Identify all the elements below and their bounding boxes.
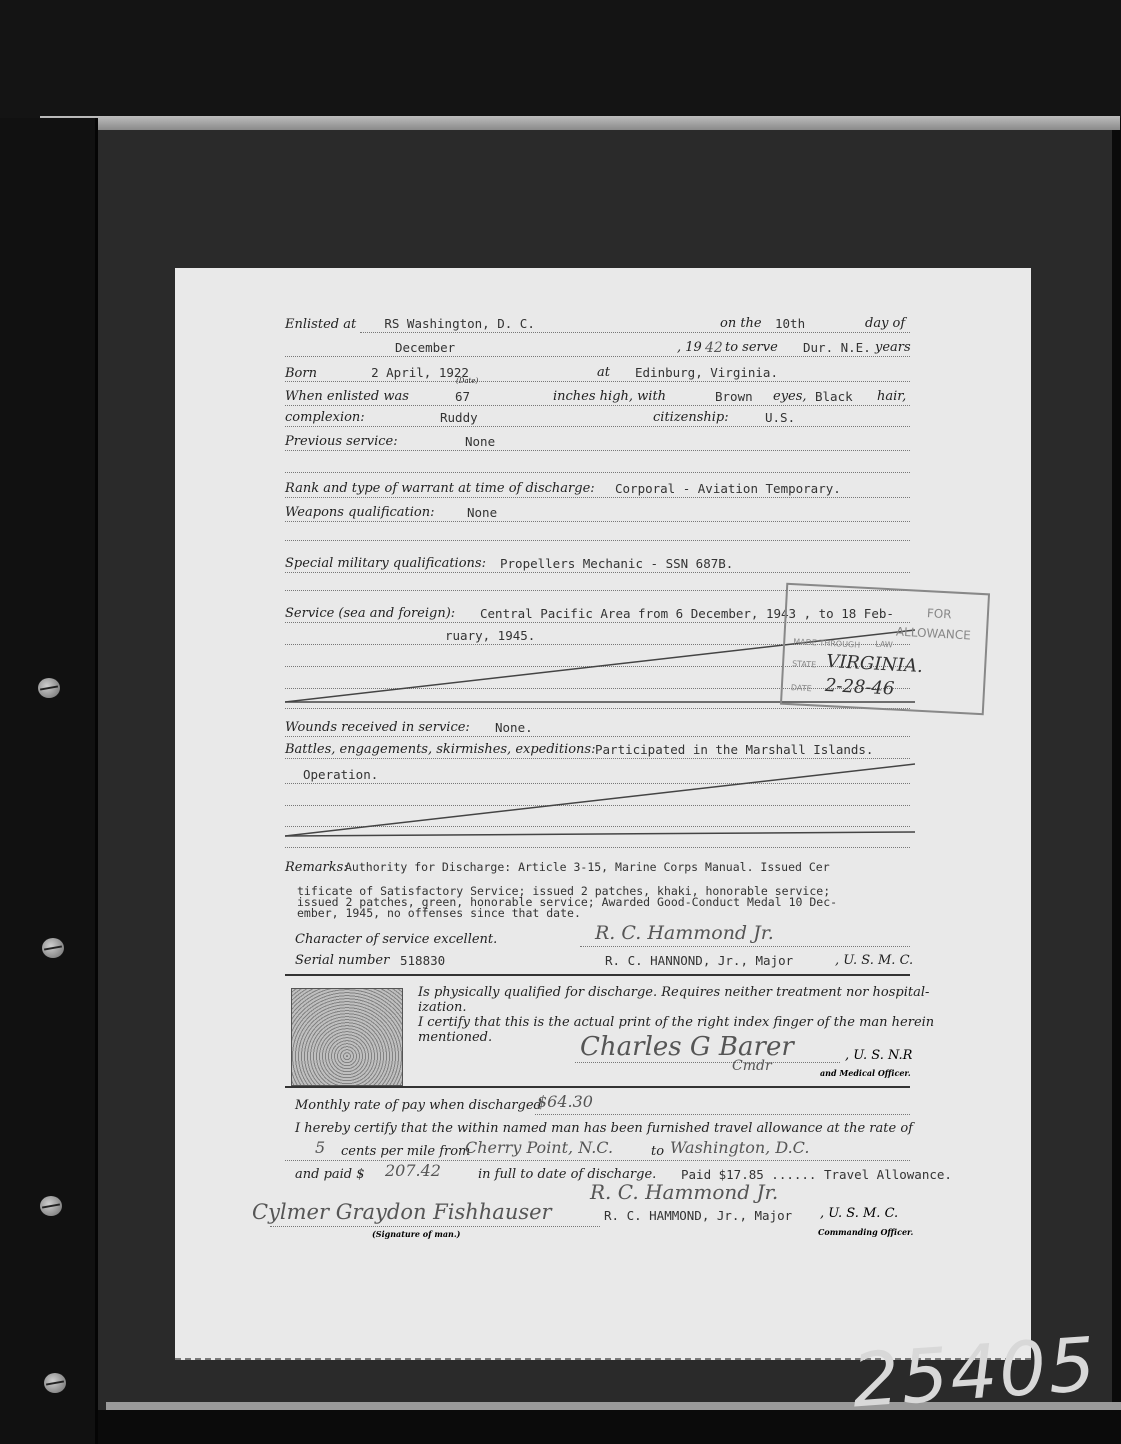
screw-icon: [40, 1196, 62, 1216]
medical-line-2: ization.: [418, 1000, 1121, 1015]
height: 67: [455, 389, 470, 404]
citizenship: U.S.: [765, 410, 795, 425]
birth-date: 2 April, 1922: [371, 365, 469, 380]
complexion: Ruddy: [440, 410, 478, 425]
screw-icon: [44, 1373, 66, 1393]
weapons-row: Weapons qualification: None: [285, 505, 1121, 520]
battles-line-1: Participated in the Marshall Islands.: [595, 742, 873, 757]
screw-icon: [38, 678, 60, 698]
monthly-pay: $64.30: [537, 1092, 593, 1111]
remarks-row: Remarks: Authority for Discharge: Articl…: [285, 860, 1121, 875]
enlisted-month-row: December , 1942 to serve Dur. N.E. years: [285, 340, 1121, 356]
officer-typed: R. C. HANNOND, Jr., Major: [605, 953, 793, 968]
co-signature: R. C. Hammond Jr.: [590, 1180, 778, 1204]
enlisted-month: December: [395, 340, 455, 355]
rank-row: Rank and type of warrant at time of disc…: [285, 481, 1121, 496]
previous-service-row: Previous service: None: [285, 434, 1121, 449]
man-signature: Cylmer Graydon Fishhauser: [252, 1200, 552, 1224]
character-signature: R. C. Hammond Jr.: [595, 922, 774, 944]
remarks-line-1: Authority for Discharge: Article 3-15, M…: [345, 860, 830, 874]
travel-from: Cherry Point, N.C.: [465, 1138, 613, 1157]
travel-to: Washington, D.C.: [670, 1138, 809, 1157]
co-typed: R. C. HAMMOND, Jr., Major: [604, 1208, 792, 1223]
battles-row: Battles, engagements, skirmishes, expedi…: [285, 742, 1121, 757]
enlisted-row: Enlisted at RS Washington, D. C. on the …: [285, 316, 1121, 332]
cancel-lines: [285, 762, 915, 842]
stamp-state: VIRGINIA.: [826, 651, 924, 677]
special-qual-row: Special military qualifications: Propell…: [285, 556, 1121, 571]
wounds-row: Wounds received in service: None.: [285, 720, 1121, 735]
serial-number: 518830: [400, 953, 445, 968]
screw-icon: [42, 938, 64, 958]
hair: Black: [815, 389, 853, 404]
term: Dur. N.E.: [803, 340, 871, 355]
service-row: Service (sea and foreign): Central Pacif…: [285, 606, 1121, 621]
weapons: None: [467, 505, 497, 520]
enlisted-at: RS Washington, D. C.: [384, 316, 535, 331]
remarks-line-4: ember, 1945, no offenses since that date…: [297, 906, 581, 920]
wounds: None.: [495, 720, 533, 735]
previous-service: None: [465, 434, 495, 449]
rank: Corporal - Aviation Temporary.: [615, 481, 841, 496]
paid-amount: 207.42: [385, 1161, 441, 1180]
frame-rail: [40, 116, 1120, 130]
physical-row: When enlisted was 67 inches high, with B…: [285, 389, 1121, 404]
travel-allowance-stamp: FOR ALLOWANCE LAW MADE THROUGH STATE VIR…: [780, 583, 990, 716]
eyes: Brown: [715, 389, 753, 404]
fingerprint: [291, 988, 403, 1086]
photo-number: 25405: [849, 1322, 1100, 1425]
stamp-date: 2-28-46: [824, 675, 894, 700]
medical-line-3: I certify that this is the actual print …: [418, 1015, 1121, 1030]
frame-top: [0, 0, 1121, 118]
medical-line-1: Is physically qualified for discharge. R…: [418, 985, 1121, 1000]
complexion-row: complexion: Ruddy citizenship: U.S.: [285, 410, 1121, 425]
frame-left: [0, 118, 98, 1444]
special-qualifications: Propellers Mechanic - SSN 687B.: [500, 556, 733, 571]
enlisted-day: 10th: [775, 316, 805, 331]
travel-rate: 5: [315, 1138, 325, 1157]
